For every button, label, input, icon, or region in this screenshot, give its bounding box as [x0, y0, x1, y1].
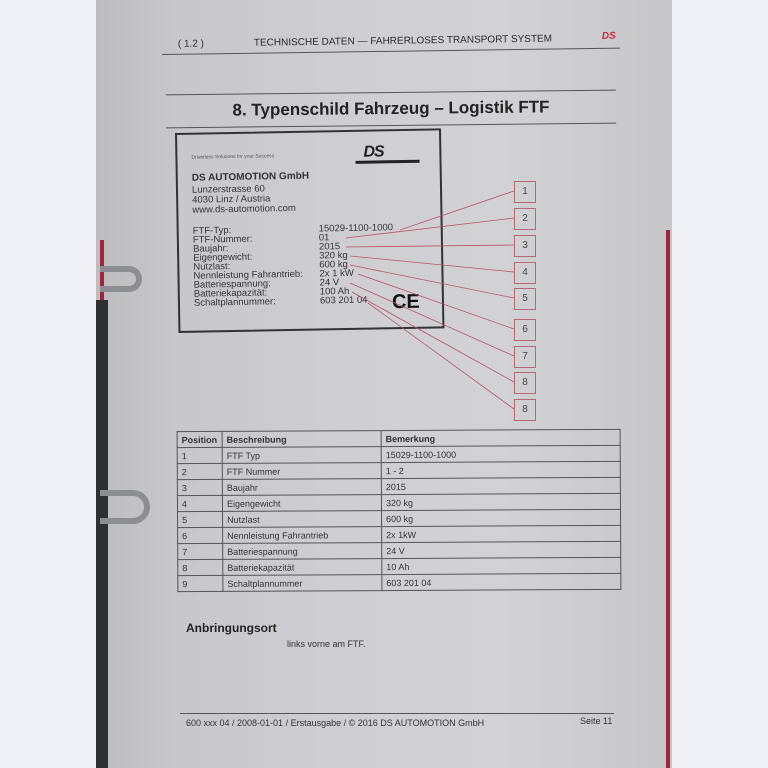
position-cell: 6	[178, 527, 223, 543]
binder-edge	[666, 230, 670, 768]
description-cell: FTF Nummer	[222, 463, 381, 480]
binder-ring-icon	[100, 266, 142, 292]
callout-label: 2	[514, 208, 536, 230]
description-cell: Batteriespannung	[223, 543, 382, 560]
description-cell: Batteriekapazität	[223, 559, 382, 576]
footer-divider	[180, 713, 614, 714]
position-cell: 2	[177, 463, 222, 479]
company-name: DS AUTOMOTION GmbH	[192, 171, 309, 184]
address-line: www.ds-automotion.com	[192, 204, 296, 216]
nameplate-tagline: Driverless Solutions for your Success	[191, 153, 274, 160]
description-cell: Nennleistung Fahrantrieb	[223, 527, 382, 544]
callout-label: 8	[514, 399, 536, 421]
callout-label: 6	[514, 319, 536, 341]
nameplate: Driverless Solutions for your Success DS…	[175, 128, 444, 333]
callout-label: 5	[514, 288, 536, 310]
column-header: Beschreibung	[222, 431, 381, 448]
remark-cell: 15029-1100-1000	[381, 445, 620, 462]
position-cell: 9	[178, 575, 223, 591]
description-cell: Schaltplannummer	[223, 575, 382, 592]
page-title: 8. Typenschild Fahrzeug – Logistik FTF	[166, 97, 616, 122]
page-number: Seite 11	[580, 716, 612, 726]
position-cell: 4	[177, 495, 222, 511]
position-cell: 1	[177, 447, 222, 463]
callout-label: 7	[514, 346, 536, 368]
position-cell: 7	[178, 543, 223, 559]
description-cell: Nutzlast	[223, 511, 382, 528]
description-cell: Eigengewicht	[222, 495, 381, 512]
remark-cell: 2x 1kW	[382, 525, 621, 542]
ce-mark-icon: CE	[392, 291, 420, 314]
remark-cell: 1 - 2	[381, 461, 620, 478]
description-cell: Baujahr	[222, 479, 381, 496]
mounting-heading: Anbringungsort	[186, 621, 277, 635]
callout-label: 1	[514, 181, 536, 203]
position-cell: 5	[178, 511, 223, 527]
ds-automotion-logo-icon: DS	[355, 143, 419, 162]
callout-label: 3	[514, 235, 536, 257]
nameplate-field: FTF-Typ:15029-1100-1000	[193, 223, 413, 227]
description-cell: FTF Typ	[222, 447, 381, 464]
column-header: Bemerkung	[381, 429, 620, 446]
remark-cell: 320 kg	[381, 493, 620, 510]
position-cell: 3	[177, 479, 222, 495]
header-title: TECHNISCHE DATEN — FAHRERLOSES TRANSPORT…	[254, 34, 552, 49]
remark-cell: 603 201 04	[382, 573, 621, 590]
remark-cell: 2015	[381, 477, 620, 494]
remark-cell: 10 Ah	[382, 557, 621, 574]
spec-table: Position Beschreibung Bemerkung 1FTF Typ…	[177, 429, 622, 592]
remark-cell: 24 V	[382, 541, 621, 558]
callout-label: 8	[514, 372, 536, 394]
mounting-text: links vorne am FTF.	[287, 639, 366, 649]
ds-logo-icon: DS	[602, 31, 616, 42]
title-band: 8. Typenschild Fahrzeug – Logistik FTF	[166, 90, 616, 129]
binder-spine	[96, 300, 108, 768]
footer-text: 600 xxx 04 / 2008-01-01 / Erstausgabe / …	[186, 718, 484, 728]
callout-label: 4	[514, 262, 536, 284]
section-number: ( 1.2 )	[178, 38, 204, 49]
binder-ring-icon	[100, 490, 150, 524]
position-cell: 8	[178, 559, 223, 575]
remark-cell: 600 kg	[382, 509, 621, 526]
table-row: 9Schaltplannummer603 201 04	[178, 573, 621, 591]
column-header: Position	[177, 431, 222, 447]
